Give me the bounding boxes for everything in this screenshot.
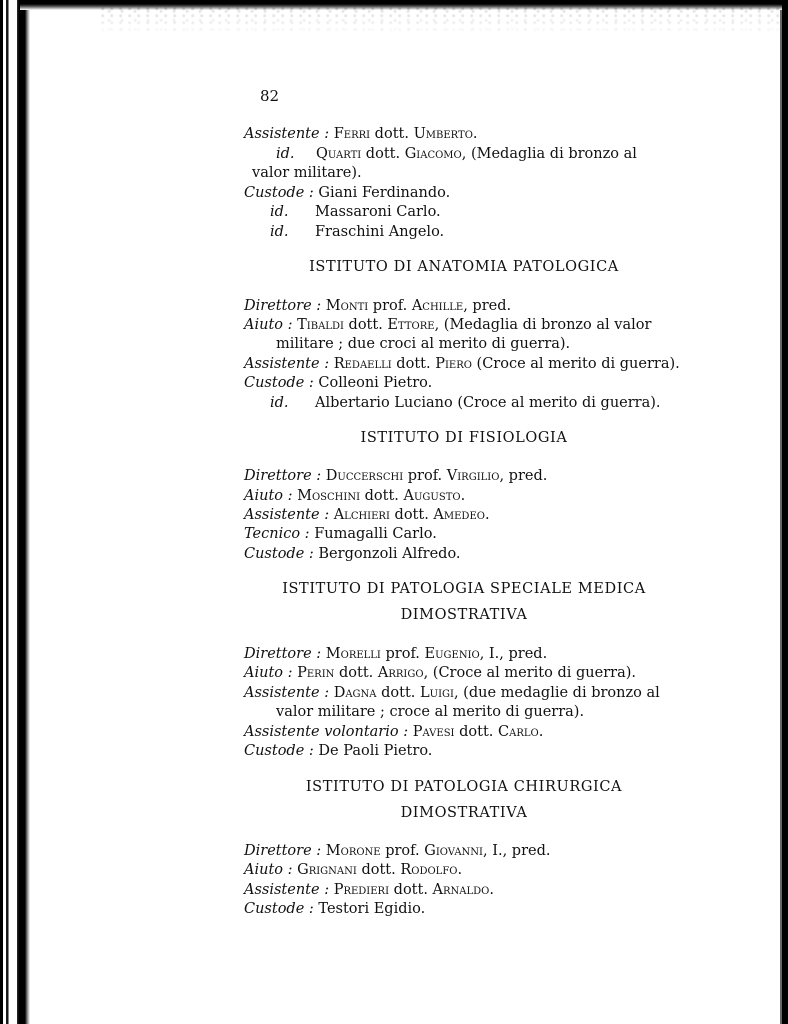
role-label: Assistente volontario :: [244, 724, 413, 740]
role-label: id.: [270, 203, 315, 222]
page-right-edge: [782, 0, 788, 1024]
title: dott.: [377, 685, 421, 701]
scanned-book-page: 82 Assistente : Ferri dott. Umberto.id.Q…: [0, 0, 788, 1024]
role-label: Assistente :: [244, 126, 334, 142]
entry-line: Custode : Bergonzoli Alfredo.: [244, 545, 461, 564]
entry-line: Direttore : Monti prof. Achille, pred.: [244, 297, 511, 316]
given-name: Ettore: [387, 317, 434, 333]
entry-line: id.Albertario Luciano (Croce al merito d…: [270, 394, 661, 413]
given-name: Rodolfo: [400, 862, 457, 878]
note: , (Croce al merito di guerra).: [424, 665, 636, 681]
entry-line: id.Fraschini Angelo.: [270, 223, 444, 242]
given-name: Amedeo: [433, 507, 485, 523]
text: Massaroni Carlo.: [315, 204, 441, 220]
title: prof.: [381, 843, 425, 859]
surname: Tibaldi: [297, 317, 344, 333]
role-label: Custode :: [244, 901, 318, 917]
entry-line: Custode : Giani Ferdinando.: [244, 184, 450, 203]
text: Fraschini Angelo.: [315, 224, 444, 240]
note: .: [473, 126, 478, 142]
role-label: Custode :: [244, 375, 318, 391]
note: , I., pred.: [483, 843, 550, 859]
text: Colleoni Pietro.: [318, 375, 432, 391]
entry-line: Assistente : Redaelli dott. Piero (Croce…: [244, 355, 680, 374]
title: dott.: [455, 724, 499, 740]
title: dott.: [334, 665, 378, 681]
entry-line: Direttore : Duccerschi prof. Virgilio, p…: [244, 467, 547, 486]
given-name: Eugenio: [425, 646, 480, 662]
role-label: Aiuto :: [244, 488, 297, 504]
section-heading: ISTITUTO DI PATOLOGIA CHIRURGICA: [244, 778, 684, 797]
role-label: Assistente :: [244, 882, 334, 898]
surname: Monti: [326, 298, 368, 314]
title: dott.: [357, 862, 401, 878]
section-heading: DIMOSTRATIVA: [244, 606, 684, 625]
surname: Morone: [326, 843, 381, 859]
surname: Redaelli: [334, 356, 392, 372]
note: , pred.: [463, 298, 511, 314]
role-label: id.: [270, 394, 315, 413]
role-label: Aiuto :: [244, 862, 297, 878]
surname: Pavesi: [413, 724, 455, 740]
given-name: Luigi: [420, 685, 454, 701]
title: prof.: [381, 646, 425, 662]
entry-line: Aiuto : Perin dott. Arrigo, (Croce al me…: [244, 664, 636, 683]
entry-line: Assistente : Dagna dott. Luigi, (due med…: [244, 684, 660, 703]
section-heading: DIMOSTRATIVA: [244, 804, 684, 823]
note: , (Medaglia di bronzo al: [462, 146, 637, 162]
text: valor militare).: [252, 165, 362, 181]
note: .: [457, 862, 462, 878]
section-heading: ISTITUTO DI FISIOLOGIA: [244, 429, 684, 448]
entry-line: Aiuto : Moschini dott. Augusto.: [244, 487, 465, 506]
text: Albertario Luciano (Croce al merito di g…: [315, 395, 661, 411]
text: Giani Ferdinando.: [318, 185, 450, 201]
role-label: Custode :: [244, 185, 318, 201]
entry-line: Assistente : Ferri dott. Umberto.: [244, 125, 478, 144]
entry-line: Assistente : Predieri dott. Arnaldo.: [244, 881, 494, 900]
surname: Grignani: [297, 862, 357, 878]
scan-noise: [100, 6, 788, 36]
role-label: Aiuto :: [244, 317, 297, 333]
title: dott.: [389, 882, 433, 898]
given-name: Virgilio: [447, 468, 500, 484]
surname: Alchieri: [334, 507, 390, 523]
text: Fumagalli Carlo.: [314, 526, 437, 542]
note: .: [485, 507, 490, 523]
entry-line: Custode : Testori Egidio.: [244, 900, 425, 919]
role-label: Assistente :: [244, 507, 334, 523]
title: dott.: [361, 146, 405, 162]
entry-line: valor militare ; croce al merito di guer…: [276, 703, 584, 722]
text: De Paoli Pietro.: [318, 743, 432, 759]
role-label: Assistente :: [244, 685, 334, 701]
surname: Quarti: [316, 146, 361, 162]
note: (Croce al merito di guerra).: [472, 356, 680, 372]
given-name: Augusto: [404, 488, 461, 504]
note: .: [461, 488, 466, 504]
given-name: Arnaldo: [433, 882, 490, 898]
surname: Dagna: [334, 685, 377, 701]
given-name: Piero: [435, 356, 472, 372]
role-label: Direttore :: [244, 646, 326, 662]
entry-line: valor militare).: [252, 164, 362, 183]
role-label: Custode :: [244, 546, 318, 562]
given-name: Umberto: [414, 126, 473, 142]
entry-line: Direttore : Morone prof. Giovanni, I., p…: [244, 842, 550, 861]
book-binding-edge: [0, 0, 30, 1024]
role-label: Direttore :: [244, 843, 326, 859]
title: dott.: [360, 488, 404, 504]
text: Bergonzoli Alfredo.: [318, 546, 460, 562]
surname: Morelli: [326, 646, 381, 662]
role-label: Tecnico :: [244, 526, 314, 542]
role-label: id.: [276, 145, 316, 164]
text: militare ; due croci al merito di guerra…: [276, 336, 570, 352]
entry-line: Custode : De Paoli Pietro.: [244, 742, 432, 761]
surname: Ferri: [334, 126, 370, 142]
entry-line: Aiuto : Tibaldi dott. Ettore, (Medaglia …: [244, 316, 651, 335]
given-name: Carlo: [498, 724, 539, 740]
note: , (Medaglia di bronzo al valor: [435, 317, 652, 333]
role-label: Direttore :: [244, 468, 326, 484]
page-right-edge-shadow: [780, 10, 782, 1024]
section-heading: ISTITUTO DI PATOLOGIA SPECIALE MEDICA: [244, 580, 684, 599]
role-label: Direttore :: [244, 298, 326, 314]
text: valor militare ; croce al merito di guer…: [276, 704, 584, 720]
given-name: Giovanni: [424, 843, 483, 859]
surname: Perin: [297, 665, 334, 681]
role-label: Assistente :: [244, 356, 334, 372]
title: prof.: [403, 468, 447, 484]
role-label: Aiuto :: [244, 665, 297, 681]
surname: Moschini: [297, 488, 360, 504]
entry-line: Custode : Colleoni Pietro.: [244, 374, 432, 393]
title: dott.: [344, 317, 388, 333]
section-heading: ISTITUTO DI ANATOMIA PATOLOGICA: [244, 258, 684, 277]
text: Testori Egidio.: [318, 901, 425, 917]
note: , (due medaglie di bronzo al: [454, 685, 660, 701]
note: , pred.: [499, 468, 547, 484]
page-number: 82: [260, 87, 279, 105]
title: dott.: [370, 126, 414, 142]
entry-line: Aiuto : Grignani dott. Rodolfo.: [244, 861, 462, 880]
title: prof.: [368, 298, 412, 314]
role-label: id.: [270, 223, 315, 242]
role-label: Custode :: [244, 743, 318, 759]
entry-line: militare ; due croci al merito di guerra…: [276, 335, 570, 354]
given-name: Arrigo: [378, 665, 424, 681]
entry-line: Tecnico : Fumagalli Carlo.: [244, 525, 437, 544]
note: .: [489, 882, 494, 898]
entry-line: Assistente : Alchieri dott. Amedeo.: [244, 506, 490, 525]
entry-line: Assistente volontario : Pavesi dott. Car…: [244, 723, 543, 742]
entry-line: Direttore : Morelli prof. Eugenio, I., p…: [244, 645, 547, 664]
surname: Duccerschi: [326, 468, 403, 484]
entry-line: id.Massaroni Carlo.: [270, 203, 441, 222]
given-name: Achille: [412, 298, 463, 314]
given-name: Giacomo: [405, 146, 462, 162]
note: .: [539, 724, 544, 740]
title: dott.: [392, 356, 436, 372]
note: , I., pred.: [480, 646, 547, 662]
entry-line: id.Quarti dott. Giacomo, (Medaglia di br…: [276, 145, 637, 164]
surname: Predieri: [334, 882, 389, 898]
title: dott.: [390, 507, 434, 523]
